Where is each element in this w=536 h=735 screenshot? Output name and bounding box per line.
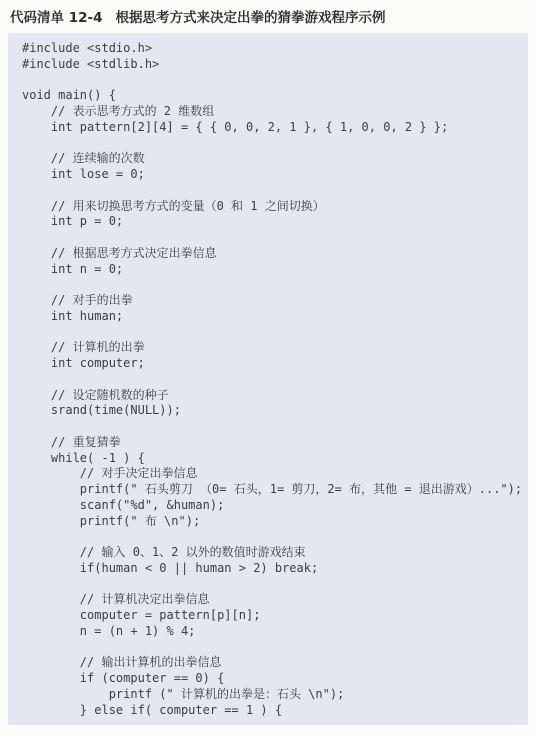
code-line xyxy=(22,529,524,545)
code-line xyxy=(22,325,524,341)
code-line: printf(" 布 \n"); xyxy=(22,514,524,530)
code-line: // 计算机的出拳 xyxy=(22,340,524,356)
code-line xyxy=(22,277,524,293)
code-line: if (computer == 0) { xyxy=(22,671,524,687)
listing-title: 根据思考方式来决定出拳的猜拳游戏程序示例 xyxy=(115,10,385,26)
code-line: printf (" 计算机的出拳是：石头 \n"); xyxy=(22,687,524,703)
code-line: // 输出计算机的出拳信息 xyxy=(22,655,524,671)
code-line: srand(time(NULL)); xyxy=(22,403,524,419)
code-line: // 表示思考方式的 2 维数组 xyxy=(22,104,524,120)
code-line: int n = 0; xyxy=(22,262,524,278)
code-line: // 用来切换思考方式的变量（0 和 1 之间切换） xyxy=(22,199,524,215)
code-line: } else if( computer == 1 ) { xyxy=(22,703,524,719)
code-line: while( -1 ) { xyxy=(22,451,524,467)
code-line xyxy=(22,577,524,593)
code-line: // 计算机决定出拳信息 xyxy=(22,592,524,608)
code-line xyxy=(22,136,524,152)
code-line xyxy=(22,372,524,388)
code-line: printf(" 石头剪刀 （0= 石头，1= 剪刀，2= 布，其他 = 退出游… xyxy=(22,482,524,498)
code-line xyxy=(22,73,524,89)
code-line: // 对手的出拳 xyxy=(22,293,524,309)
code-line: // 输入 0、1、2 以外的数值时游戏结束 xyxy=(22,545,524,561)
code-line: int computer; xyxy=(22,356,524,372)
code-line: #include <stdlib.h> xyxy=(22,57,524,73)
code-line: void main() { xyxy=(22,88,524,104)
code-line: if(human < 0 || human > 2) break; xyxy=(22,561,524,577)
listing-header: 代码清单 12-4根据思考方式来决定出拳的猜拳游戏程序示例 xyxy=(0,0,536,33)
code-line: int human; xyxy=(22,309,524,325)
code-line xyxy=(22,640,524,656)
code-line: // 重复猜拳 xyxy=(22,435,524,451)
code-line xyxy=(22,183,524,199)
code-line: n = (n + 1) % 4; xyxy=(22,624,524,640)
code-line: int lose = 0; xyxy=(22,167,524,183)
code-line: #include <stdio.h> xyxy=(22,41,524,57)
code-line: // 对手决定出拳信息 xyxy=(22,466,524,482)
code-line: // 连续输的次数 xyxy=(22,151,524,167)
code-line: computer = pattern[p][n]; xyxy=(22,608,524,624)
code-line: // 根据思考方式决定出拳信息 xyxy=(22,246,524,262)
code-line: scanf("%d", &human); xyxy=(22,498,524,514)
listing-label: 代码清单 12-4 xyxy=(10,10,102,26)
code-listing: #include <stdio.h>#include <stdlib.h>voi… xyxy=(8,33,528,725)
code-line: int p = 0; xyxy=(22,214,524,230)
code-line: int pattern[2][4] = { { 0, 0, 2, 1 }, { … xyxy=(22,120,524,136)
code-line xyxy=(22,230,524,246)
code-line: // 设定随机数的种子 xyxy=(22,388,524,404)
code-line xyxy=(22,419,524,435)
book-page: 代码清单 12-4根据思考方式来决定出拳的猜拳游戏程序示例 #include <… xyxy=(0,0,536,735)
